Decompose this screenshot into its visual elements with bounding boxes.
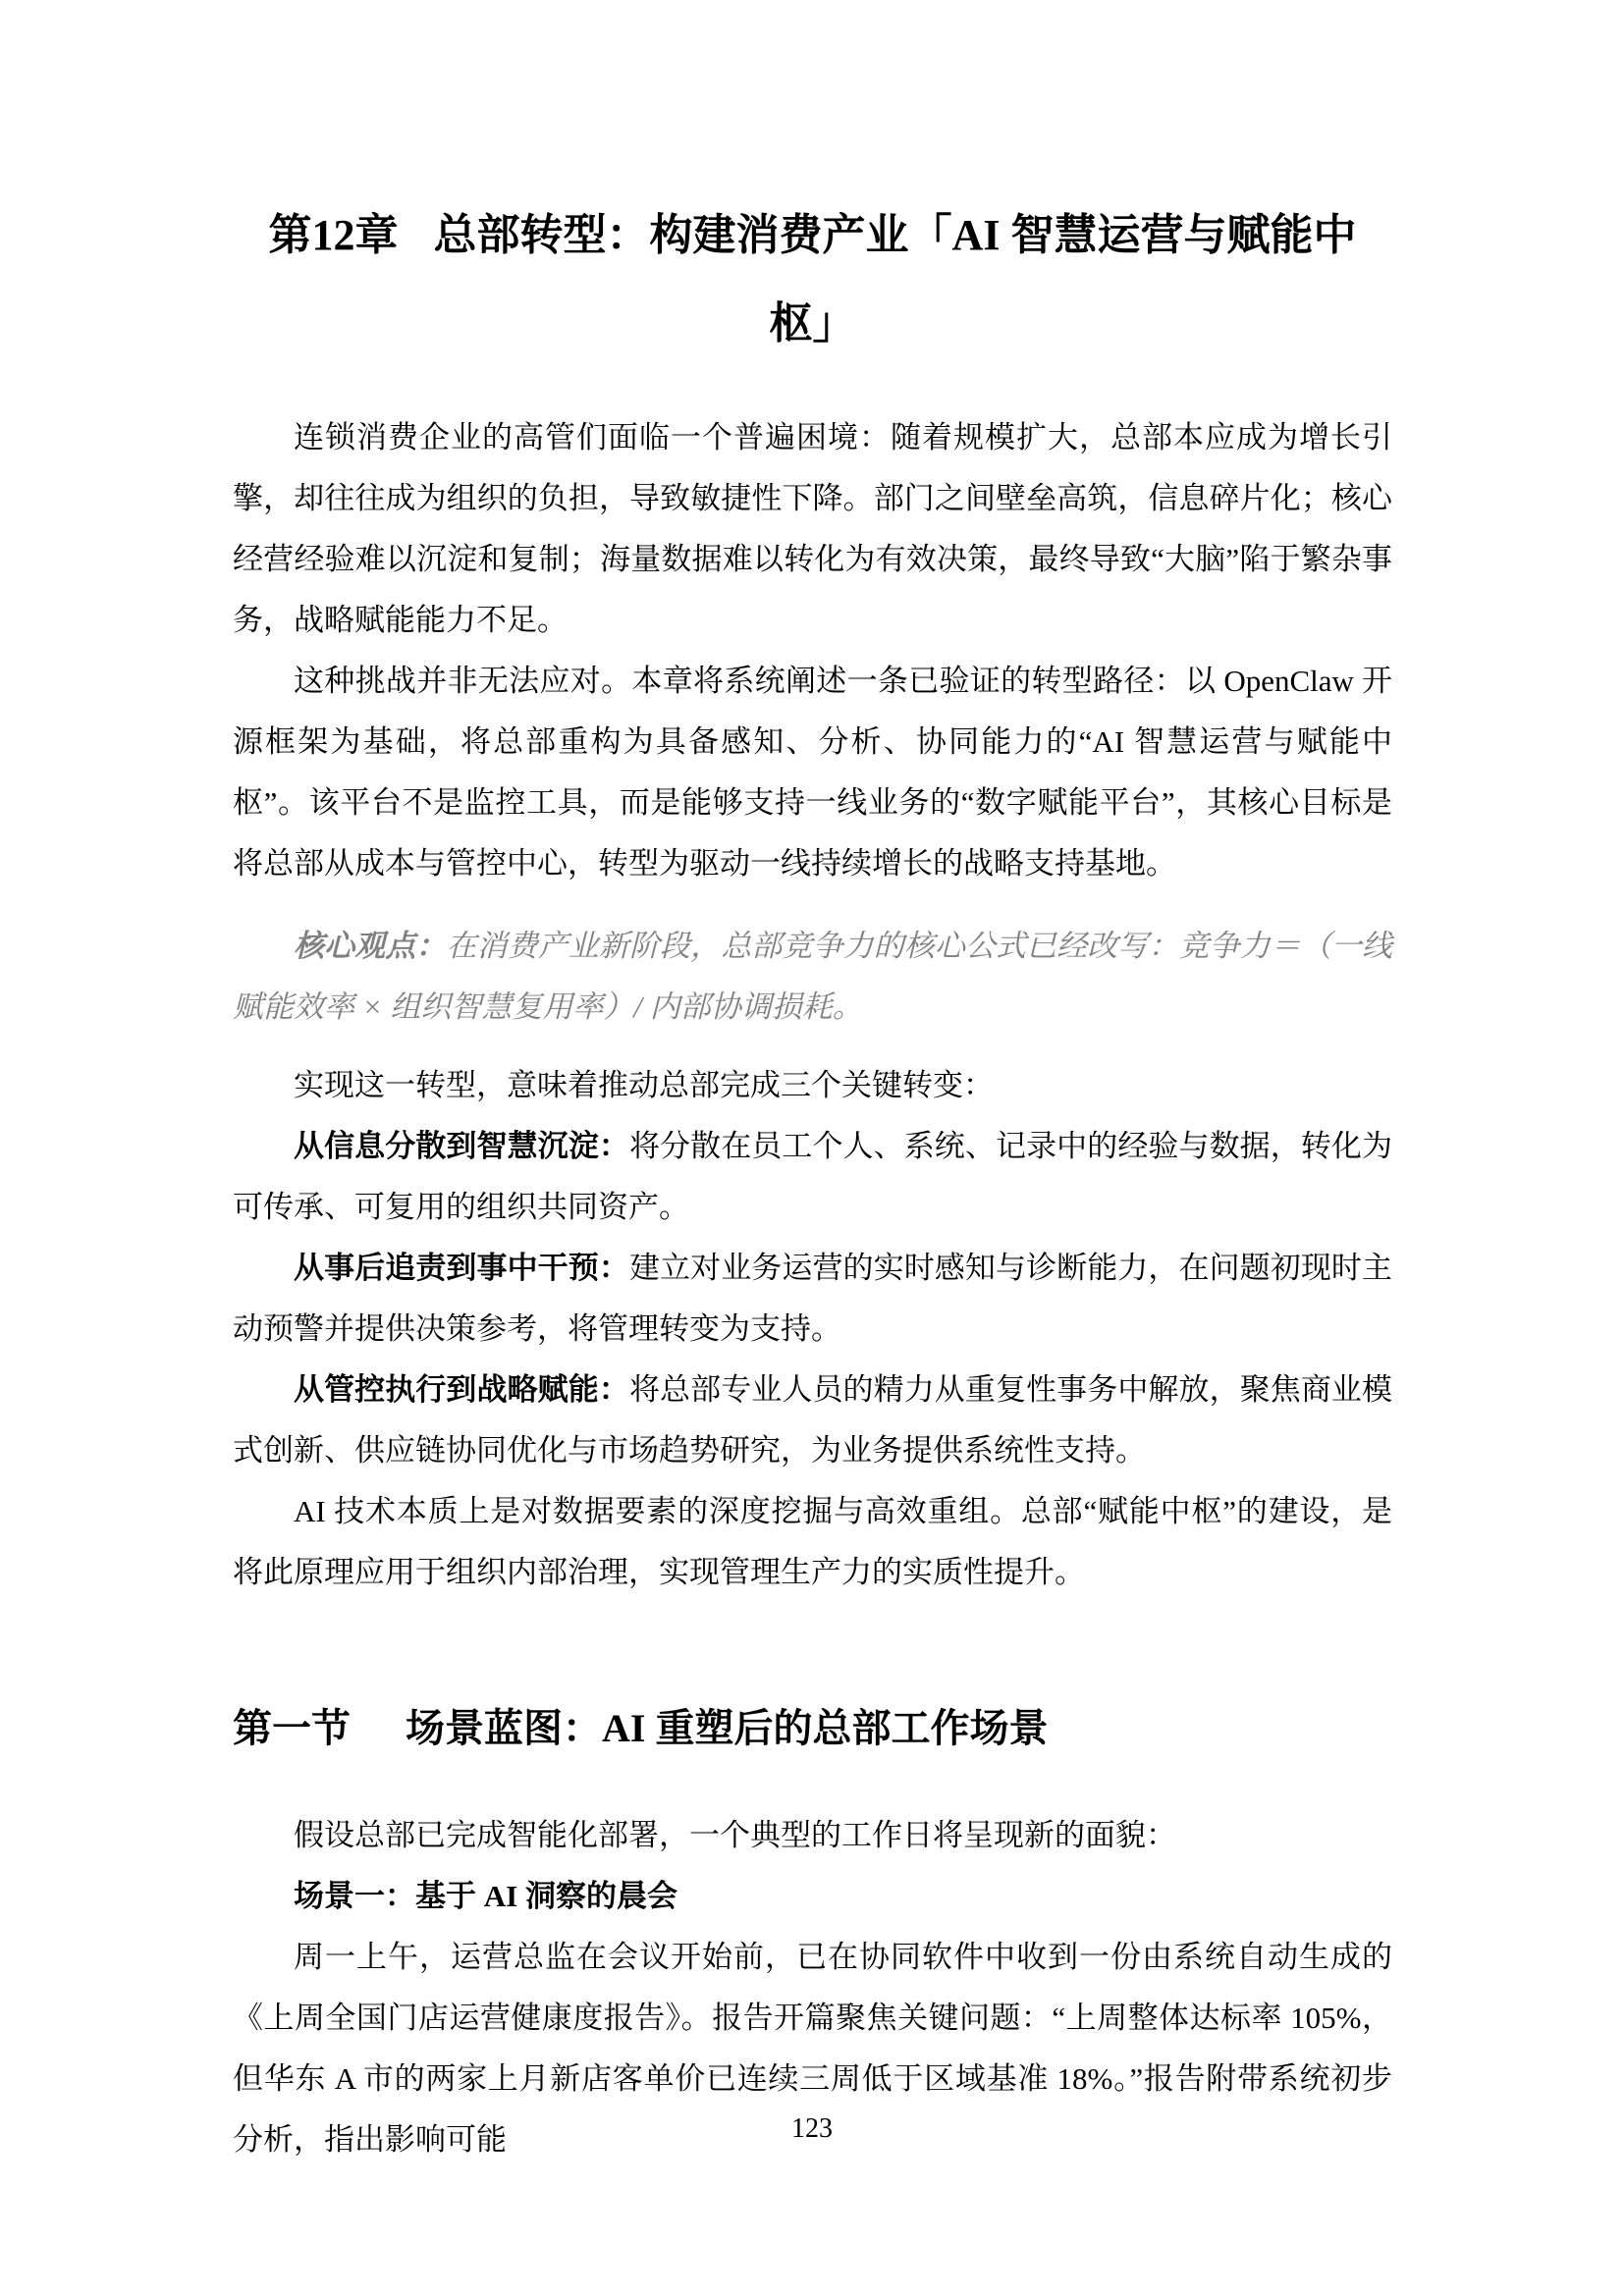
- paragraph-transition: 实现这一转型，意味着推动总部完成三个关键转变：: [233, 1055, 1392, 1116]
- section-heading: 第一节场景蓝图：AI 重塑后的总部工作场景: [233, 1701, 1392, 1756]
- chapter-title: 第12章总部转型：构建消费产业「AI 智慧运营与赋能中枢」: [263, 191, 1363, 368]
- chapter-number: 第12章: [269, 211, 399, 259]
- scene-heading: 场景一：基于 AI 洞察的晨会: [233, 1866, 1392, 1927]
- transformation-item-3: 从管控执行到战略赋能：将总部专业人员的精力从重复性事务中解放，聚焦商业模式创新、…: [233, 1360, 1392, 1481]
- section-number: 第一节: [233, 1706, 351, 1750]
- document-page: 第12章总部转型：构建消费产业「AI 智慧运营与赋能中枢」 连锁消费企业的高管们…: [0, 0, 1624, 2296]
- key-point-label: 核心观点：: [294, 929, 446, 963]
- paragraph-intro-2: 这种挑战并非无法应对。本章将系统阐述一条已验证的转型路径：以 OpenClaw …: [233, 651, 1392, 894]
- page-number: 123: [0, 2112, 1624, 2146]
- key-point-paragraph: 核心观点：在消费产业新阶段，总部竞争力的核心公式已经改写：竞争力＝（一线赋能效率…: [233, 916, 1392, 1038]
- document-body: 连锁消费企业的高管们面临一个普遍困境：随着规模扩大，总部本应成为增长引擎，却往往…: [233, 407, 1392, 2170]
- transformation-item-2: 从事后追责到事中干预：建立对业务运营的实时感知与诊断能力，在问题初现时主动预警并…: [233, 1238, 1392, 1360]
- paragraph-intro-1: 连锁消费企业的高管们面临一个普遍困境：随着规模扩大，总部本应成为增长引擎，却往往…: [233, 407, 1392, 651]
- transformation-lead-1: 从信息分散到智慧沉淀：: [294, 1129, 629, 1163]
- transformation-lead-3: 从管控执行到战略赋能：: [294, 1372, 629, 1407]
- paragraph-ai-summary: AI 技术本质上是对数据要素的深度挖掘与高效重组。总部“赋能中枢”的建设，是将此…: [233, 1481, 1392, 1603]
- section-title-text: 场景蓝图：AI 重塑后的总部工作场景: [406, 1706, 1048, 1750]
- transformation-lead-2: 从事后追责到事中干预：: [294, 1251, 629, 1285]
- section-intro: 假设总部已完成智能化部署，一个典型的工作日将呈现新的面貌：: [233, 1805, 1392, 1866]
- transformation-item-1: 从信息分散到智慧沉淀：将分散在员工个人、系统、记录中的经验与数据，转化为可传承、…: [233, 1116, 1392, 1238]
- chapter-title-text: 总部转型：构建消费产业「AI 智慧运营与赋能中枢」: [434, 211, 1357, 347]
